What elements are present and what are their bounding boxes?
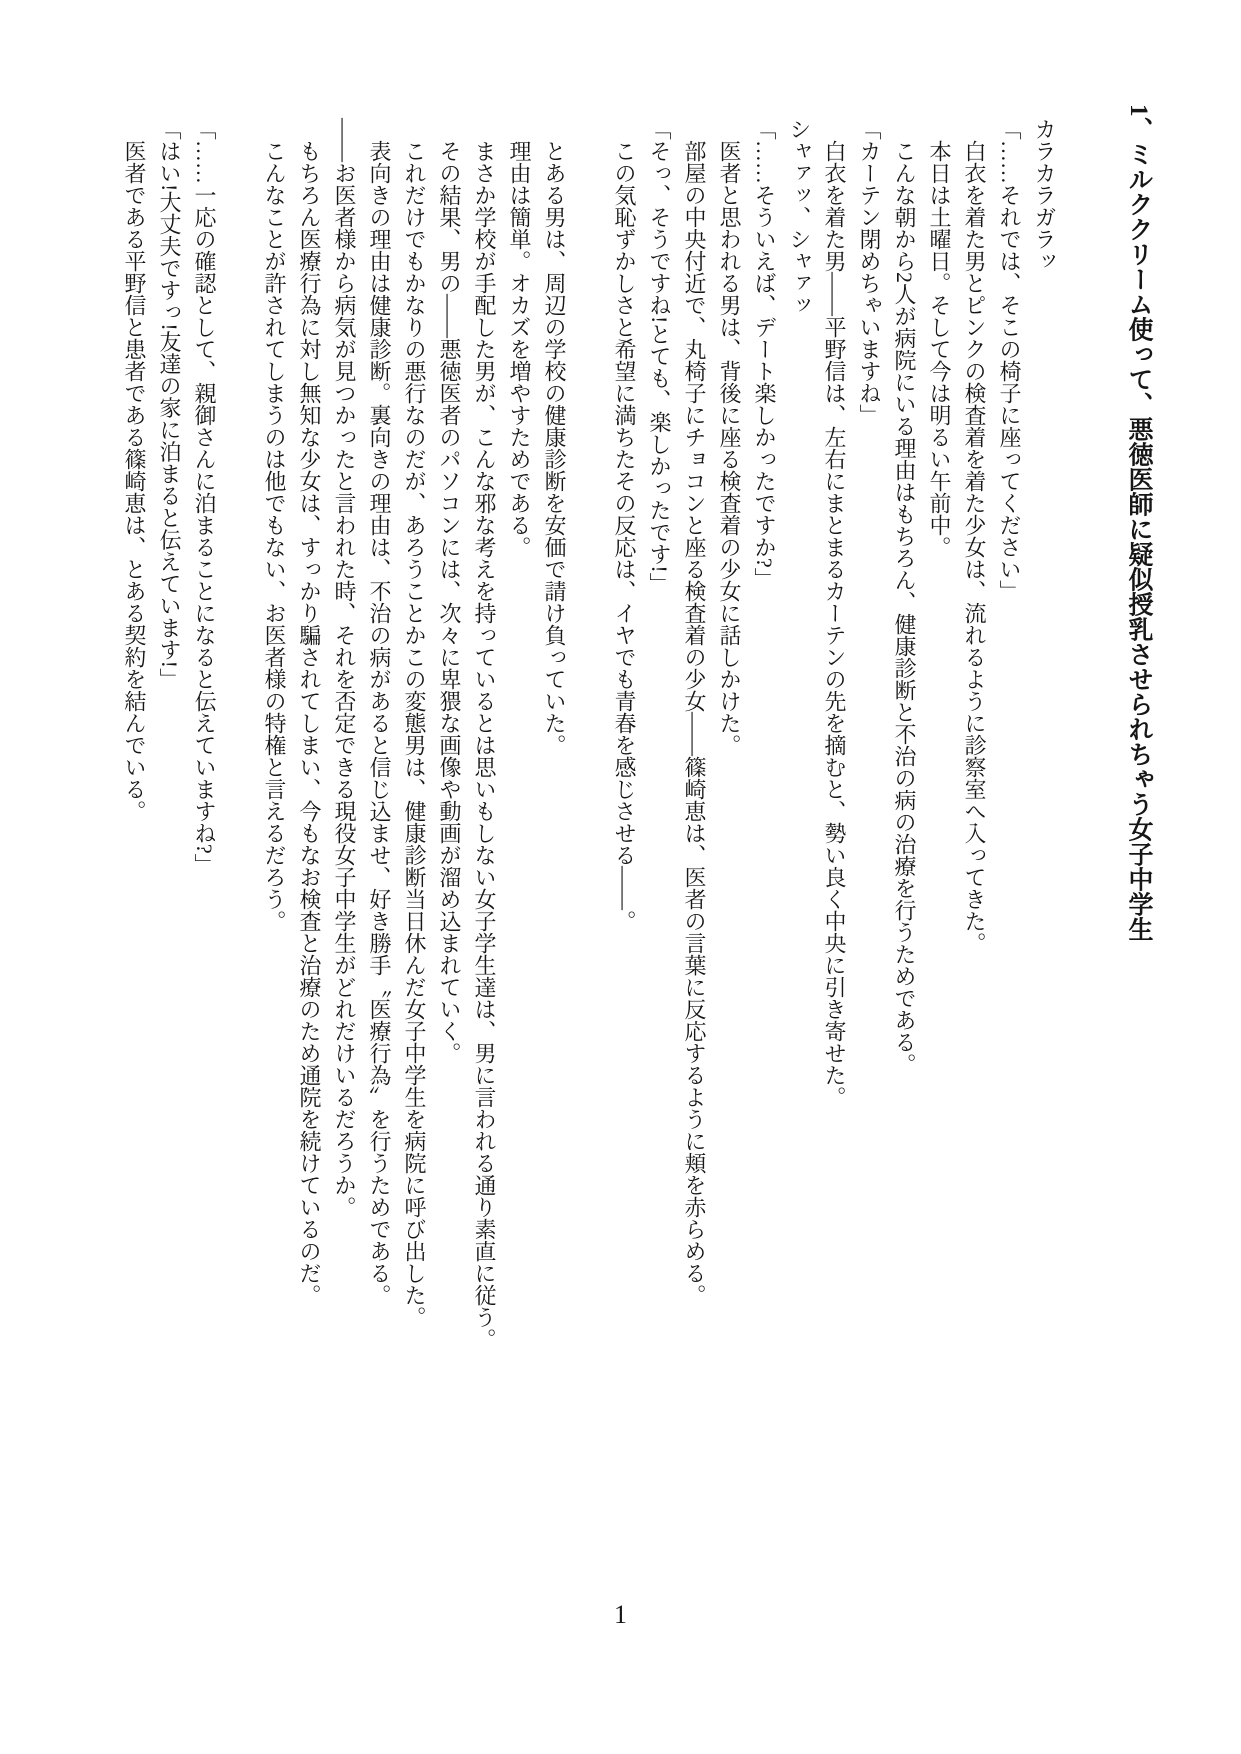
text-line: 「……そういえば、デート楽しかったですか?」 [747, 118, 782, 1368]
text-line: 白衣を着た男――平野信は、左右にまとまるカーテンの先を摘むと、勢い良く中央に引き… [817, 118, 852, 1368]
text-line: 医者である平野信と患者である篠崎恵は、とある契約を結んでいる。 [117, 118, 152, 1368]
page-number: 1 [0, 1600, 1241, 1630]
text-line: 医者と思われる男は、背後に座る検査着の少女に話しかけた。 [712, 118, 747, 1368]
text-line: 部屋の中央付近で、丸椅子にチョコンと座る検査着の少女――篠崎恵は、医者の言葉に反… [677, 118, 712, 1368]
text-line: 「そっ、そうですね!とても、楽しかったです!」 [642, 118, 677, 1368]
text-line: この気恥ずかしさと希望に満ちたその反応は、イヤでも青春を感じさせる――。 [607, 118, 642, 1368]
text-line: 本日は土曜日。そして今は明るい午前中。 [922, 118, 957, 1368]
text-line: 表向きの理由は健康診断。裏向きの理由は、不治の病があると信じ込ませ、好き勝手〝医… [362, 118, 397, 1368]
text-line: 「……それでは、そこの椅子に座ってください」 [992, 118, 1027, 1368]
text-line: 「カーテン閉めちゃいますね」 [852, 118, 887, 1368]
text-line: これだけでもかなりの悪行なのだが、あろうことかこの変態男は、健康診断当日休んだ女… [397, 118, 432, 1368]
text-line: シャァッ、シャァッ [782, 118, 817, 1368]
text-line: その結果、男の――悪徳医者のパソコンには、次々に卑猥な画像や動画が溜め込まれてい… [432, 118, 467, 1368]
text-line: 「……一応の確認として、親御さんに泊まることになると伝えていますね?」 [187, 118, 222, 1368]
text-line: 白衣を着た男とピンクの検査着を着た少女は、流れるように診察室へ入ってきた。 [957, 118, 992, 1368]
text-line: カラカラガラッ [1027, 118, 1062, 1368]
text-line: 理由は簡単。オカズを増やすためである。 [502, 118, 537, 1368]
text-line: もちろん医療行為に対し無知な少女は、すっかり騙されてしまい、今もなお検査と治療の… [292, 118, 327, 1368]
text-line: こんなことが許されてしまうのは他でもない、お医者様の特権と言えるだろう。 [257, 118, 292, 1368]
text-line: ――お医者様から病気が見つかったと言われた時、それを否定できる現役女子中学生がど… [327, 118, 362, 1368]
blank-line [222, 118, 257, 1368]
body-lines: カラカラガラッ「……それでは、そこの椅子に座ってください」白衣を着た男とピンクの… [117, 118, 1062, 1368]
chapter-title: 1、ミルククリーム使って、悪徳医師に疑似授乳させられちゃう女子中学生 [1119, 104, 1157, 1368]
text-line: まさか学校が手配した男が、こんな邪な考えを持っているとは思いもしない女子学生達は… [467, 118, 502, 1368]
document-page: 1、ミルククリーム使って、悪徳医師に疑似授乳させられちゃう女子中学生 カラカラガ… [0, 0, 1241, 1754]
text-line: 「はい!大丈夫ですっ!友達の家に泊まると伝えています!」 [152, 118, 187, 1368]
text-line: とある男は、周辺の学校の健康診断を安価で請け負っていた。 [537, 118, 572, 1368]
text-line: こんな朝から2人が病院にいる理由はもちろん、健康診断と不治の病の治療を行うためで… [887, 118, 922, 1368]
vertical-text-block: 1、ミルククリーム使って、悪徳医師に疑似授乳させられちゃう女子中学生 カラカラガ… [117, 118, 1157, 1368]
blank-line [572, 118, 607, 1368]
